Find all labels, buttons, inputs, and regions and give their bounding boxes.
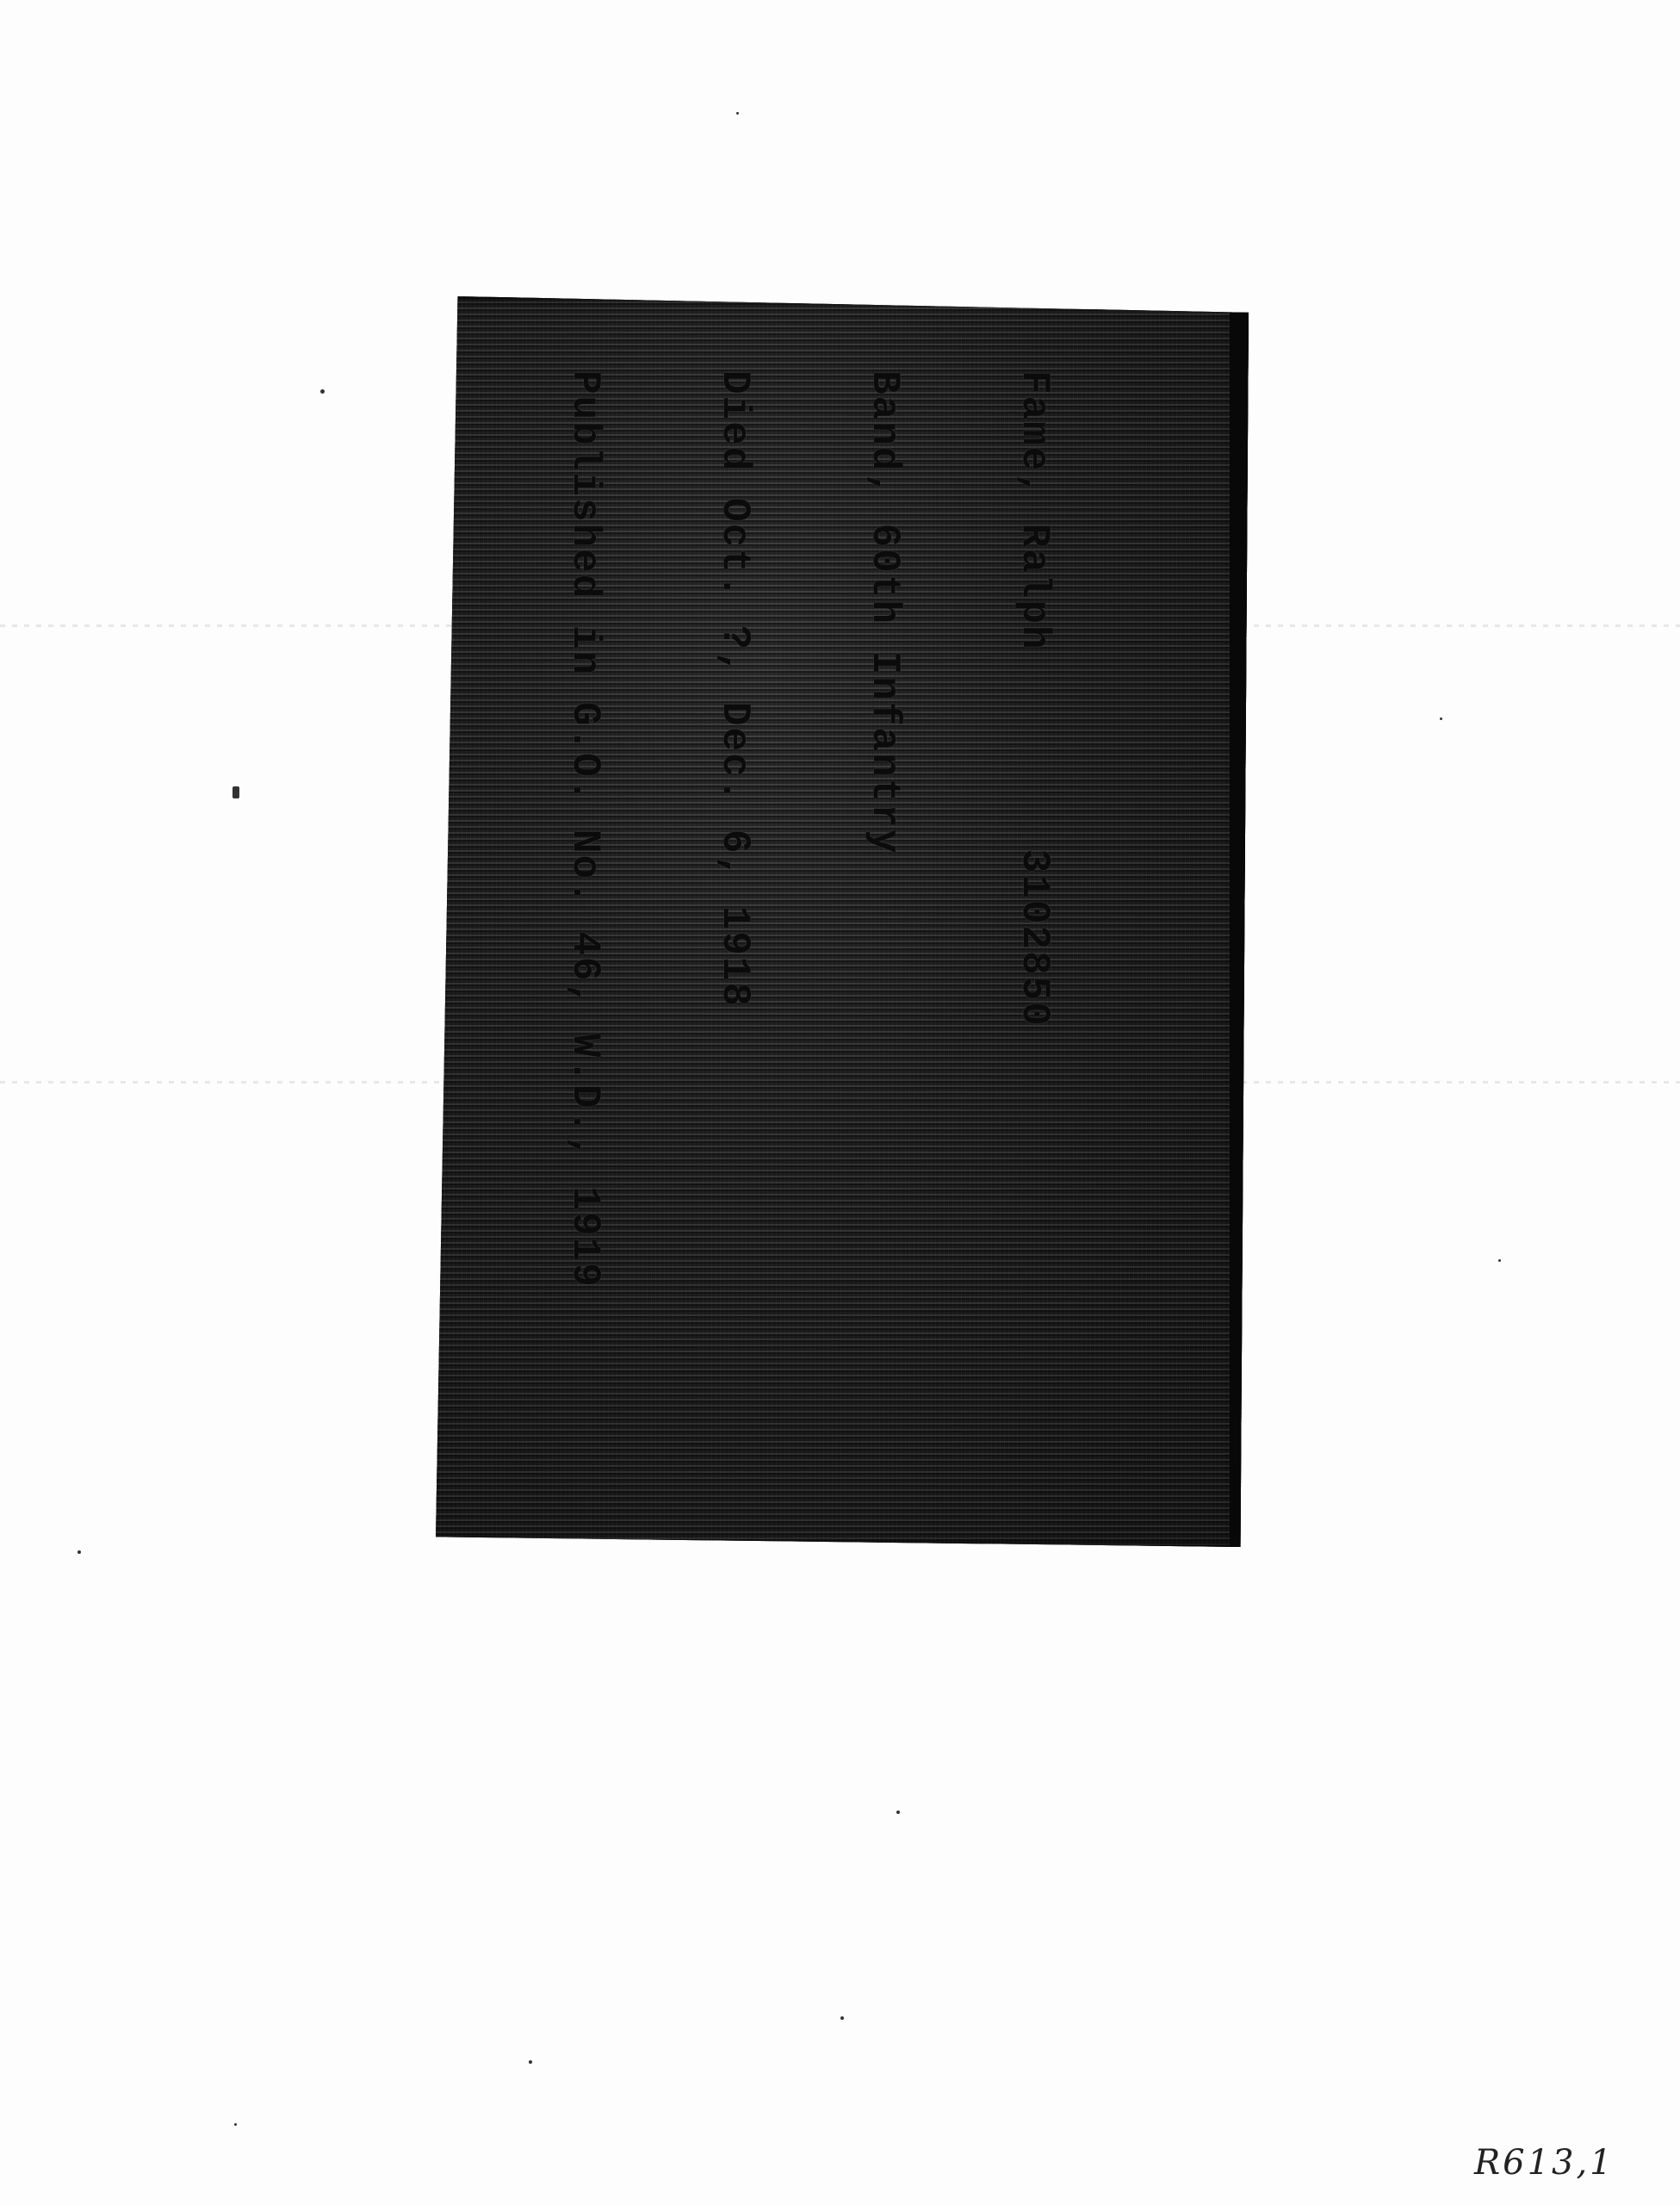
scan-speck (320, 389, 325, 394)
card-shadow-edge (1230, 296, 1249, 1547)
scan-speck (234, 2123, 237, 2126)
scan-speck (77, 1550, 81, 1554)
scanned-page: Fame, Ralph3102850 Band, 60th Infantry D… (0, 0, 1680, 2205)
serial-number: 3102850 (1004, 849, 1064, 1028)
scan-speck (896, 1811, 900, 1814)
scan-speck (1498, 1259, 1501, 1262)
card-text-block: Fame, Ralph3102850 Band, 60th Infantry D… (465, 370, 1154, 1289)
scan-speck (232, 786, 239, 798)
soldier-name: Fame, Ralph (1012, 370, 1057, 651)
scan-speck (736, 112, 739, 115)
scan-speck (529, 2060, 532, 2064)
scan-speck (840, 2016, 844, 2020)
scan-speck (1440, 717, 1442, 720)
handwritten-reference: R613,1 (1474, 2143, 1615, 2183)
card-line-unit: Band, 60th Infantry (854, 370, 914, 1289)
card-line-published: Published in G.O. No. 46, W.D., 1919 (555, 370, 615, 1289)
card-line-name: Fame, Ralph3102850 (1004, 370, 1064, 1289)
card-line-died: Died Oct. ?, Dec. 6, 1918 (704, 370, 765, 1289)
